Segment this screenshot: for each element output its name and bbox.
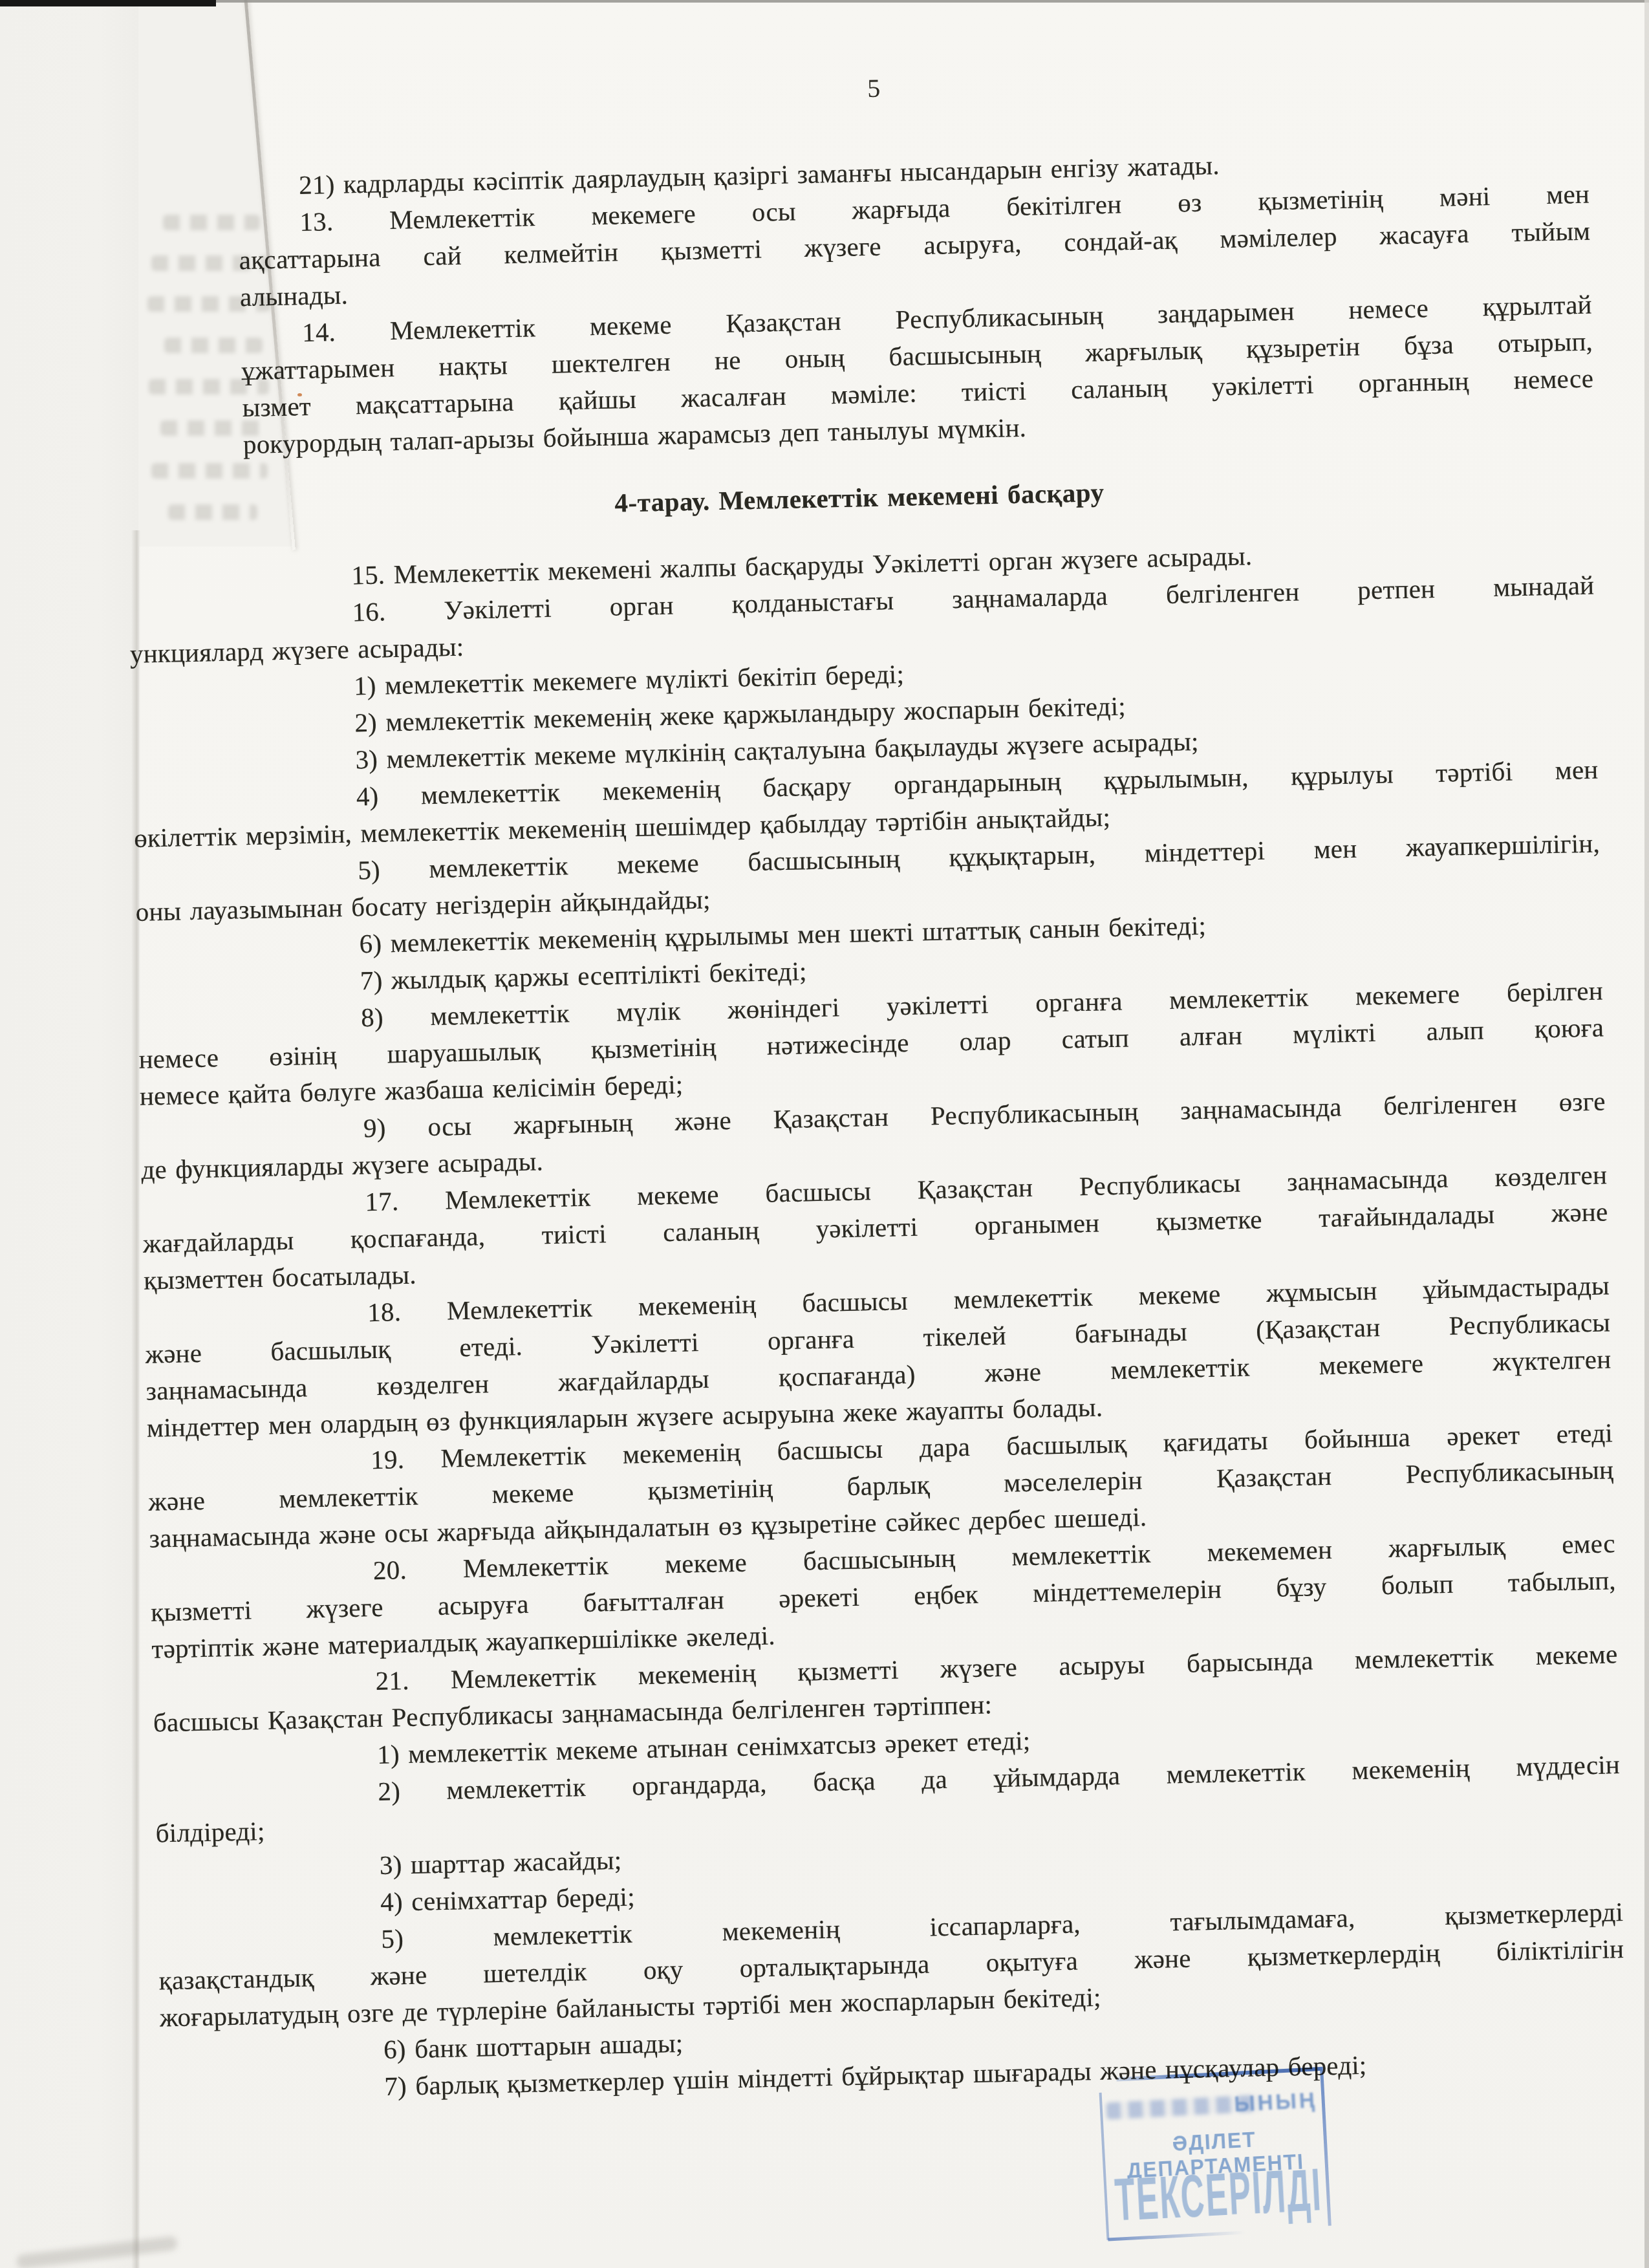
page-number: 5: [851, 72, 897, 104]
scanned-document-page: ЫНЫҢ ӘДІЛЕТ ДЕПАРТАМЕНТІ ТЕКСЕРІЛДІ 5 21…: [0, 0, 1649, 2268]
scanner-top-edge: [0, 0, 1649, 3]
scanner-top-bar: [0, 0, 216, 6]
document-text-layer: 5 21) кадрларды кәсіптік даярлаудың қазі…: [0, 0, 1649, 2268]
ink-speck: [297, 393, 302, 396]
scanner-right-edge: [1644, 0, 1649, 2268]
chapter-heading: 4-тарау. Мемлекеттік мекемені басқару: [127, 464, 1593, 532]
